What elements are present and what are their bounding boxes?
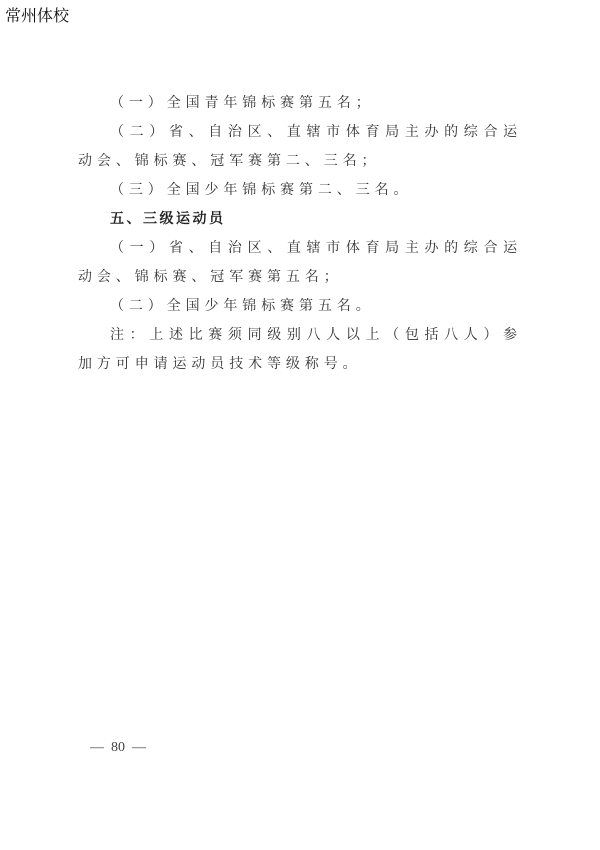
document-body: （一）全国青年锦标赛第五名； （二）省、自治区、直辖市体育局主办的综合运动会、锦… (78, 89, 522, 379)
note-paragraph: 注：上述比赛须同级别八人以上（包括八人）参加方可申请运动员技术等级称号。 (78, 321, 522, 379)
section-heading-third-grade-athlete: 五、三级运动员 (78, 205, 522, 234)
header-label: 常州体校 (5, 3, 69, 26)
list-item-provincial-games-fifth: （一）省、自治区、直辖市体育局主办的综合运动会、锦标赛、冠军赛第五名； (78, 234, 522, 292)
list-item-junior-championship-second-third: （三）全国少年锦标赛第二、三名。 (78, 176, 522, 205)
list-item-provincial-games-second-third: （二）省、自治区、直辖市体育局主办的综合运动会、锦标赛、冠军赛第二、三名； (78, 118, 522, 176)
list-item-junior-championship-fifth: （二）全国少年锦标赛第五名。 (78, 292, 522, 321)
page-number: — 80 — (90, 740, 146, 756)
list-item-youth-championship-fifth: （一）全国青年锦标赛第五名； (78, 89, 522, 118)
